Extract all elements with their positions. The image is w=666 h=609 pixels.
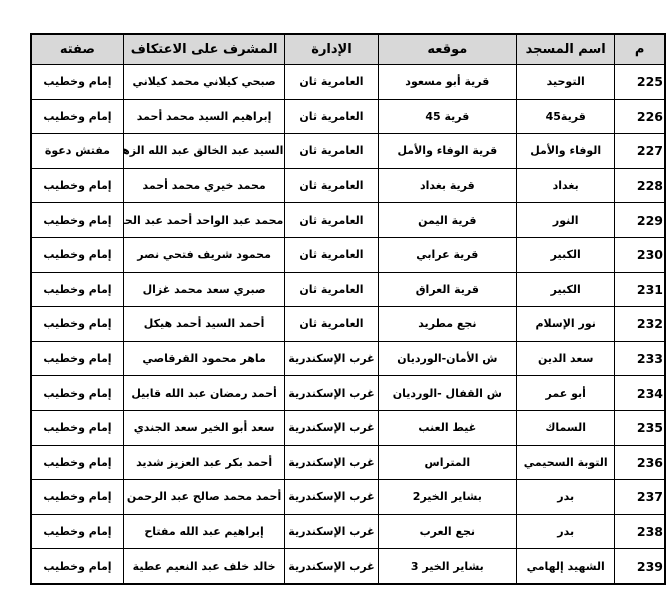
cell-num: 227 [615, 134, 665, 169]
table-row: 234أبو عمرش القفال -الورديانغرب الإسكندر… [31, 376, 665, 411]
cell-location: بشاير الخير 3 [378, 549, 516, 584]
table-row: 228بغدادقرية بغدادالعامرية ثانمحمد خيري … [31, 168, 665, 203]
table-row: 236التوبة السحيميالمتراسغرب الإسكندريةأح… [31, 445, 665, 480]
cell-role: إمام وخطيب [31, 410, 123, 445]
cell-num: 228 [615, 168, 665, 203]
cell-num: 238 [615, 514, 665, 549]
cell-supervisor: أحمد محمد صالح عبد الرحمن [123, 480, 285, 515]
cell-supervisor: أحمد بكر عبد العزيز شديد [123, 445, 285, 480]
cell-num: 234 [615, 376, 665, 411]
cell-mosque: أبو عمر [517, 376, 615, 411]
cell-role: إمام وخطيب [31, 480, 123, 515]
cell-role: إمام وخطيب [31, 99, 123, 134]
cell-mosque: سعد الدين [517, 341, 615, 376]
cell-mosque: بغداد [517, 168, 615, 203]
cell-admin: العامرية ثان [285, 168, 378, 203]
cell-mosque: التوحيد [517, 65, 615, 100]
cell-supervisor: صبحي كيلاني محمد كيلاني [123, 65, 285, 100]
cell-role: إمام وخطيب [31, 272, 123, 307]
cell-location: قرية اليمن [378, 203, 516, 238]
cell-supervisor: أحمد السيد أحمد هيكل [123, 307, 285, 342]
cell-admin: العامرية ثان [285, 134, 378, 169]
table-row: 235السماكغيط العنبغرب الإسكندريةسعد أبو … [31, 410, 665, 445]
cell-supervisor: خالد خلف عبد النعيم عطية [123, 549, 285, 584]
cell-supervisor: محمود شريف فتحي نصر [123, 237, 285, 272]
cell-num: 225 [615, 65, 665, 100]
cell-mosque: السماك [517, 410, 615, 445]
cell-admin: العامرية ثان [285, 65, 378, 100]
table-row: 238بدرنجع العربغرب الإسكندريةإبراهيم عبد… [31, 514, 665, 549]
table-row: 239الشهيد إلهاميبشاير الخير 3غرب الإسكند… [31, 549, 665, 584]
header-location: موقعه [378, 34, 516, 65]
header-mosque-name: اسم المسجد [517, 34, 615, 65]
cell-mosque: الكبير [517, 272, 615, 307]
cell-num: 226 [615, 99, 665, 134]
cell-num: 233 [615, 341, 665, 376]
cell-num: 232 [615, 307, 665, 342]
cell-admin: العامرية ثان [285, 99, 378, 134]
cell-num: 229 [615, 203, 665, 238]
cell-admin: العامرية ثان [285, 307, 378, 342]
table-body: 225التوحيدقرية أبو مسعودالعامرية ثانصبحي… [31, 65, 665, 584]
cell-role: مفتش دعوة [31, 134, 123, 169]
table-row: 226قرية45قرية 45العامرية ثانإبراهيم السي… [31, 99, 665, 134]
document-page: م اسم المسجد موقعه الإدارة المشرف على ال… [0, 0, 666, 609]
cell-num: 235 [615, 410, 665, 445]
cell-location: قرية أبو مسعود [378, 65, 516, 100]
cell-role: إمام وخطيب [31, 307, 123, 342]
header-administration: الإدارة [285, 34, 378, 65]
cell-mosque: الكبير [517, 237, 615, 272]
cell-supervisor: ماهر محمود القرقاصي [123, 341, 285, 376]
cell-supervisor: محمد عبد الواحد أحمد عبد الحميد [123, 203, 285, 238]
table-row: 233سعد الدينش الأمان-الورديانغرب الإسكند… [31, 341, 665, 376]
cell-num: 236 [615, 445, 665, 480]
cell-role: إمام وخطيب [31, 445, 123, 480]
cell-admin: غرب الإسكندرية [285, 480, 378, 515]
cell-location: نجع العرب [378, 514, 516, 549]
cell-location: قرية العراق [378, 272, 516, 307]
cell-mosque: بدر [517, 514, 615, 549]
cell-mosque: نور الإسلام [517, 307, 615, 342]
cell-mosque: الشهيد إلهامي [517, 549, 615, 584]
cell-supervisor: إبراهيم عبد الله مفتاح [123, 514, 285, 549]
cell-admin: العامرية ثان [285, 237, 378, 272]
table-header-row: م اسم المسجد موقعه الإدارة المشرف على ال… [31, 34, 665, 65]
header-itikaf-supervisor: المشرف على الاعتكاف [123, 34, 285, 65]
cell-role: إمام وخطيب [31, 168, 123, 203]
cell-role: إمام وخطيب [31, 237, 123, 272]
cell-location: قرية بغداد [378, 168, 516, 203]
cell-admin: العامرية ثان [285, 272, 378, 307]
cell-admin: غرب الإسكندرية [285, 410, 378, 445]
cell-role: إمام وخطيب [31, 341, 123, 376]
table-row: 227الوفاء والأملقرية الوفاء والأملالعامر… [31, 134, 665, 169]
cell-admin: غرب الإسكندرية [285, 376, 378, 411]
cell-supervisor: محمد خيري محمد أحمد [123, 168, 285, 203]
cell-location: ش القفال -الورديان [378, 376, 516, 411]
cell-admin: غرب الإسكندرية [285, 341, 378, 376]
cell-location: غيط العنب [378, 410, 516, 445]
cell-admin: غرب الإسكندرية [285, 514, 378, 549]
cell-admin: غرب الإسكندرية [285, 445, 378, 480]
cell-admin: العامرية ثان [285, 203, 378, 238]
cell-mosque: قرية45 [517, 99, 615, 134]
cell-role: إمام وخطيب [31, 65, 123, 100]
cell-num: 237 [615, 480, 665, 515]
cell-role: إمام وخطيب [31, 376, 123, 411]
cell-role: إمام وخطيب [31, 203, 123, 238]
cell-location: قرية الوفاء والأمل [378, 134, 516, 169]
cell-location: نجع مطريد [378, 307, 516, 342]
cell-supervisor: صبري سعد محمد غزال [123, 272, 285, 307]
cell-role: إمام وخطيب [31, 549, 123, 584]
table-row: 230الكبيرقرية عرابيالعامرية ثانمحمود شري… [31, 237, 665, 272]
table-row: 237بدربشاير الخير2غرب الإسكندريةأحمد محم… [31, 480, 665, 515]
cell-mosque: النور [517, 203, 615, 238]
cell-location: ش الأمان-الورديان [378, 341, 516, 376]
cell-num: 231 [615, 272, 665, 307]
table-row: 229النورقرية اليمنالعامرية ثانمحمد عبد ا… [31, 203, 665, 238]
table-row: 232نور الإسلامنجع مطريدالعامرية ثانأحمد … [31, 307, 665, 342]
cell-admin: غرب الإسكندرية [285, 549, 378, 584]
cell-location: قرية 45 [378, 99, 516, 134]
cell-location: المتراس [378, 445, 516, 480]
cell-supervisor: سعد أبو الخير سعد الجندي [123, 410, 285, 445]
cell-mosque: التوبة السحيمي [517, 445, 615, 480]
cell-location: قرية عرابي [378, 237, 516, 272]
cell-mosque: الوفاء والأمل [517, 134, 615, 169]
header-role: صفته [31, 34, 123, 65]
cell-supervisor: أحمد رمضان عبد الله قابيل [123, 376, 285, 411]
header-number: م [615, 34, 665, 65]
table-row: 225التوحيدقرية أبو مسعودالعامرية ثانصبحي… [31, 65, 665, 100]
cell-num: 239 [615, 549, 665, 584]
cell-location: بشاير الخير2 [378, 480, 516, 515]
table-row: 231الكبيرقرية العراقالعامرية ثانصبري سعد… [31, 272, 665, 307]
cell-num: 230 [615, 237, 665, 272]
cell-mosque: بدر [517, 480, 615, 515]
cell-supervisor: إبراهيم السيد محمد أحمد [123, 99, 285, 134]
cell-role: إمام وخطيب [31, 514, 123, 549]
cell-supervisor: السيد عبد الخالق عبد الله الزهيري [123, 134, 285, 169]
mosque-itikaf-table: م اسم المسجد موقعه الإدارة المشرف على ال… [30, 33, 666, 585]
